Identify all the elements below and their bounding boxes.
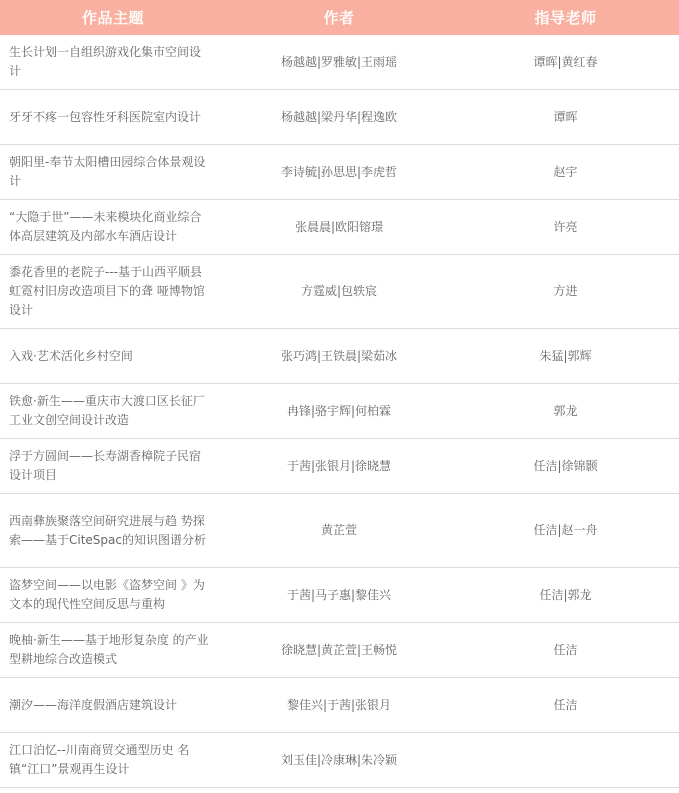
table-row: 晚柚·新生——基于地形复杂度 的产业型耕地综合改造模式 徐晓慧|黄芷萱|王畅悦 … bbox=[0, 623, 679, 678]
cell-authors: 徐晓慧|黄芷萱|王畅悦 bbox=[226, 623, 452, 678]
header-row: 作品主题 作者 指导老师 bbox=[0, 0, 679, 35]
cell-advisor: 赵宇 bbox=[452, 145, 679, 200]
works-table: 作品主题 作者 指导老师 生长计划一自组织游戏化集市空间设计 杨越越|罗雅敏|王… bbox=[0, 0, 679, 788]
table-row: 入戏·艺术活化乡村空间 张巧鸿|王铁晨|梁茹冰 朱猛|郭辉 bbox=[0, 329, 679, 384]
table-row: 浮于方圆间——长寿湖香樟院子民宿设计项目 于茜|张银月|徐晓慧 任洁|徐锦颢 bbox=[0, 439, 679, 494]
table-row: 铁愈·新生——重庆市大渡口区长征厂工业文创空间设计改造 冉锋|骆宇辉|何柏霖 郭… bbox=[0, 384, 679, 439]
cell-advisor: 任洁|徐锦颢 bbox=[452, 439, 679, 494]
header-advisor: 指导老师 bbox=[452, 0, 679, 35]
cell-topic: 生长计划一自组织游戏化集市空间设计 bbox=[0, 35, 226, 90]
cell-authors: 于茜|张银月|徐晓慧 bbox=[226, 439, 452, 494]
cell-advisor: 任洁|郭龙 bbox=[452, 568, 679, 623]
cell-topic: 牙牙不疼一包容性牙科医院室内设计 bbox=[0, 90, 226, 145]
table-header: 作品主题 作者 指导老师 bbox=[0, 0, 679, 35]
cell-advisor: 郭龙 bbox=[452, 384, 679, 439]
cell-authors: 张晨晨|欧阳镕璟 bbox=[226, 200, 452, 255]
cell-advisor: 方进 bbox=[452, 255, 679, 329]
cell-topic: 入戏·艺术活化乡村空间 bbox=[0, 329, 226, 384]
cell-topic: 浮于方圆间——长寿湖香樟院子民宿设计项目 bbox=[0, 439, 226, 494]
cell-authors: 黎佳兴|于茜|张银月 bbox=[226, 678, 452, 733]
cell-topic: 晚柚·新生——基于地形复杂度 的产业型耕地综合改造模式 bbox=[0, 623, 226, 678]
table-row: 生长计划一自组织游戏化集市空间设计 杨越越|罗雅敏|王雨瑶 谭晖|黄红春 bbox=[0, 35, 679, 90]
header-authors: 作者 bbox=[226, 0, 452, 35]
cell-authors: 黄芷萱 bbox=[226, 494, 452, 568]
table-row: 盗梦空间——以电影《盗梦空间 》为文本的现代性空间反思与重构 于茜|马子惠|黎佳… bbox=[0, 568, 679, 623]
cell-authors: 张巧鸿|王铁晨|梁茹冰 bbox=[226, 329, 452, 384]
table-row: “大隐于世”——未来模块化商业综合体高层建筑及内部水车酒店设计 张晨晨|欧阳镕璟… bbox=[0, 200, 679, 255]
cell-authors: 杨越越|罗雅敏|王雨瑶 bbox=[226, 35, 452, 90]
cell-advisor: 任洁 bbox=[452, 623, 679, 678]
cell-topic: “大隐于世”——未来模块化商业综合体高层建筑及内部水车酒店设计 bbox=[0, 200, 226, 255]
cell-advisor: 任洁 bbox=[452, 678, 679, 733]
cell-topic: 盗梦空间——以电影《盗梦空间 》为文本的现代性空间反思与重构 bbox=[0, 568, 226, 623]
cell-authors: 于茜|马子惠|黎佳兴 bbox=[226, 568, 452, 623]
table-row: 朝阳里-奉节太阳槽田园综合体景观设计 李诗毓|孙思思|李虎哲 赵宇 bbox=[0, 145, 679, 200]
cell-advisor: 谭晖 bbox=[452, 90, 679, 145]
table-body: 生长计划一自组织游戏化集市空间设计 杨越越|罗雅敏|王雨瑶 谭晖|黄红春 牙牙不… bbox=[0, 35, 679, 788]
cell-advisor: 任洁|赵一舟 bbox=[452, 494, 679, 568]
cell-authors: 刘玉佳|冷康琳|朱冷颖 bbox=[226, 733, 452, 788]
table-row: 江口泊忆--川南商贸交通型历史 名镇“江口”景观再生设计 刘玉佳|冷康琳|朱冷颖 bbox=[0, 733, 679, 788]
header-topic: 作品主题 bbox=[0, 0, 226, 35]
cell-advisor bbox=[452, 733, 679, 788]
cell-authors: 冉锋|骆宇辉|何柏霖 bbox=[226, 384, 452, 439]
cell-topic: 潮汐——海洋度假酒店建筑设计 bbox=[0, 678, 226, 733]
cell-authors: 方霆威|包轶宸 bbox=[226, 255, 452, 329]
table-row: 黍花香里的老院子---基于山西平顺县虹霓村旧房改造项目下的聋 哑博物馆设计 方霆… bbox=[0, 255, 679, 329]
table-row: 西南彝族聚落空间研究进展与趋 势探索——基于CiteSpac的知识图谱分析 黄芷… bbox=[0, 494, 679, 568]
cell-topic: 西南彝族聚落空间研究进展与趋 势探索——基于CiteSpac的知识图谱分析 bbox=[0, 494, 226, 568]
table-row: 潮汐——海洋度假酒店建筑设计 黎佳兴|于茜|张银月 任洁 bbox=[0, 678, 679, 733]
cell-topic: 铁愈·新生——重庆市大渡口区长征厂工业文创空间设计改造 bbox=[0, 384, 226, 439]
table-row: 牙牙不疼一包容性牙科医院室内设计 杨越越|梁丹华|程逸欧 谭晖 bbox=[0, 90, 679, 145]
cell-topic: 黍花香里的老院子---基于山西平顺县虹霓村旧房改造项目下的聋 哑博物馆设计 bbox=[0, 255, 226, 329]
cell-authors: 李诗毓|孙思思|李虎哲 bbox=[226, 145, 452, 200]
cell-topic: 朝阳里-奉节太阳槽田园综合体景观设计 bbox=[0, 145, 226, 200]
cell-advisor: 朱猛|郭辉 bbox=[452, 329, 679, 384]
cell-advisor: 谭晖|黄红春 bbox=[452, 35, 679, 90]
cell-authors: 杨越越|梁丹华|程逸欧 bbox=[226, 90, 452, 145]
cell-topic: 江口泊忆--川南商贸交通型历史 名镇“江口”景观再生设计 bbox=[0, 733, 226, 788]
cell-advisor: 许亮 bbox=[452, 200, 679, 255]
